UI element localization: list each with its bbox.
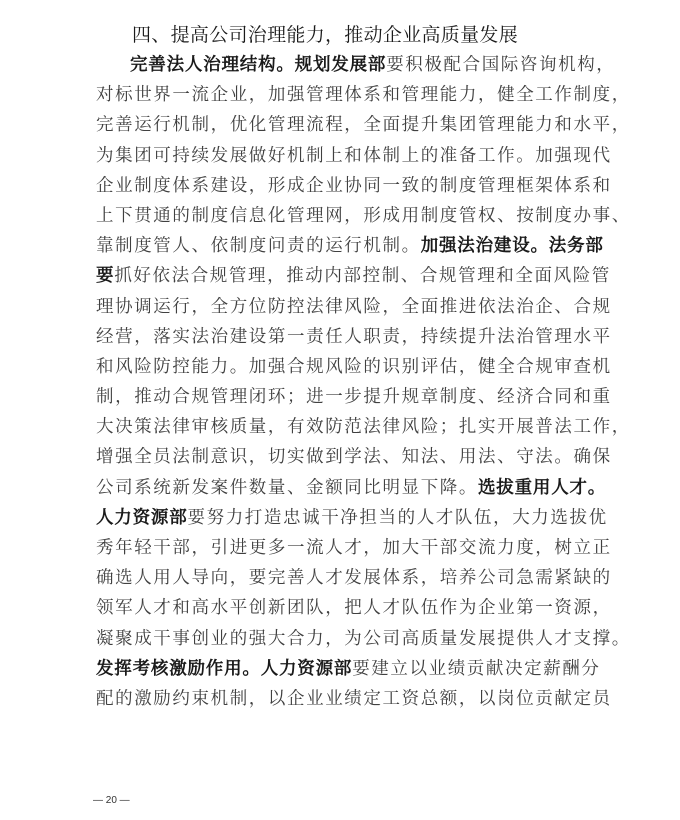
text-run: 领军人才和高水平创新团队，把人才队伍作为企业第一资源， bbox=[96, 598, 612, 618]
text-run: 企业制度体系建设，形成企业协同一致的制度管理框架体系和 bbox=[96, 176, 612, 196]
text-run: 增强全员法制意识，切实做到学法、知法、用法、守法。确保 bbox=[96, 447, 612, 467]
text-line: 发挥考核激励作用。人力资源部要建立以业绩贡献决定薪酬分 bbox=[96, 654, 592, 684]
text-run: 制，推动合规管理闭环；进一步提升规章制度、经济合同和重 bbox=[96, 387, 612, 407]
page-number: — 20 — bbox=[93, 795, 130, 806]
text-line: 企业制度体系建设，形成企业协同一致的制度管理框架体系和 bbox=[96, 171, 592, 201]
text-line: 配的激励约束机制，以企业业绩定工资总额，以岗位贡献定员 bbox=[96, 684, 592, 714]
text-run: 凝聚成干事创业的强大合力，为公司高质量发展提供人才支撑。 bbox=[96, 629, 631, 649]
text-line: 增强全员法制意识，切实做到学法、知法、用法、守法。确保 bbox=[96, 442, 592, 472]
text-run: 大决策法律审核质量，有效防范法律风险；扎实开展普法工作， bbox=[96, 417, 631, 437]
text-line: 上下贯通的制度信息化管理网，形成用制度管权、按制度办事、 bbox=[96, 201, 592, 231]
text-line: 大决策法律审核质量，有效防范法律风险；扎实开展普法工作， bbox=[96, 412, 592, 442]
body-paragraph: 完善法人治理结构。规划发展部要积极配合国际咨询机构，对标世界一流企业，加强管理体… bbox=[96, 50, 596, 714]
text-run: 为集团可持续发展做好机制上和体制上的准备工作。加强现代 bbox=[96, 146, 612, 166]
text-run: 经营，落实法治建设第一责任人职责，持续提升法治管理水平 bbox=[96, 327, 612, 347]
text-run: 靠制度管人、依制度问责的运行机制。 bbox=[96, 236, 421, 256]
text-run: 对标世界一流企业，加强管理体系和管理能力，健全工作制度， bbox=[96, 85, 631, 105]
text-line: 靠制度管人、依制度问责的运行机制。加强法治建设。法务部 bbox=[96, 231, 592, 261]
text-line: 人力资源部要努力打造忠诚干净担当的人才队伍，大力选拔优 bbox=[96, 503, 592, 533]
text-run: 完善运行机制，优化管理流程，全面提升集团管理能力和水平， bbox=[96, 115, 631, 135]
text-line: 公司系统新发案件数量、金额同比明显下降。选拔重用人才。 bbox=[96, 473, 592, 503]
text-line: 对标世界一流企业，加强管理体系和管理能力，健全工作制度， bbox=[96, 80, 592, 110]
text-line: 领军人才和高水平创新团队，把人才队伍作为企业第一资源， bbox=[96, 593, 592, 623]
text-run: 配的激励约束机制，以企业业绩定工资总额，以岗位贡献定员 bbox=[96, 689, 612, 709]
text-line: 和风险防控能力。加强合规风险的识别评估，健全合规审查机 bbox=[96, 352, 592, 382]
text-run: 要积极配合国际咨询机构， bbox=[386, 55, 615, 75]
text-run: 公司系统新发案件数量、金额同比明显下降。 bbox=[96, 478, 478, 498]
bold-phrase: 选拔重用人才。 bbox=[478, 478, 606, 498]
document-page: 四、提高公司治理能力，推动企业高质量发展 完善法人治理结构。规划发展部要积极配合… bbox=[0, 0, 680, 820]
bold-phrase: 加强法治建设。法务部 bbox=[421, 236, 604, 256]
text-line: 为集团可持续发展做好机制上和体制上的准备工作。加强现代 bbox=[96, 141, 592, 171]
text-line: 凝聚成干事创业的强大合力，为公司高质量发展提供人才支撑。 bbox=[96, 624, 592, 654]
text-line: 要抓好依法合规管理，推动内部控制、合规管理和全面风险管 bbox=[96, 261, 592, 291]
bold-phrase: 要 bbox=[96, 266, 114, 286]
text-run: 理协调运行，全方位防控法律风险，全面推进依法治企、合规 bbox=[96, 297, 612, 317]
bold-phrase: 发挥考核激励作用。人力资源部 bbox=[96, 659, 352, 679]
text-run: 上下贯通的制度信息化管理网，形成用制度管权、按制度办事、 bbox=[96, 206, 631, 226]
bold-phrase: 完善法人治理结构。规划发展部 bbox=[130, 55, 386, 75]
text-line: 理协调运行，全方位防控法律风险，全面推进依法治企、合规 bbox=[96, 292, 592, 322]
section-heading: 四、提高公司治理能力，推动企业高质量发展 bbox=[132, 20, 518, 47]
text-line: 完善运行机制，优化管理流程，全面提升集团管理能力和水平， bbox=[96, 110, 592, 140]
text-line: 确选人用人导向，要完善人才发展体系，培养公司急需紧缺的 bbox=[96, 563, 592, 593]
text-line: 完善法人治理结构。规划发展部要积极配合国际咨询机构， bbox=[96, 50, 592, 80]
text-line: 经营，落实法治建设第一责任人职责，持续提升法治管理水平 bbox=[96, 322, 592, 352]
bold-phrase: 人力资源部 bbox=[96, 508, 188, 528]
text-line: 秀年轻干部，引进更多一流人才，加大干部交流力度，树立正 bbox=[96, 533, 592, 563]
text-run: 和风险防控能力。加强合规风险的识别评估，健全合规审查机 bbox=[96, 357, 612, 377]
text-run: 要建立以业绩贡献决定薪酬分 bbox=[352, 659, 600, 679]
text-run: 抓好依法合规管理，推动内部控制、合规管理和全面风险管 bbox=[114, 266, 611, 286]
text-run: 要努力打造忠诚干净担当的人才队伍，大力选拔优 bbox=[188, 508, 608, 528]
text-run: 确选人用人导向，要完善人才发展体系，培养公司急需紧缺的 bbox=[96, 568, 612, 588]
text-run: 秀年轻干部，引进更多一流人才，加大干部交流力度，树立正 bbox=[96, 538, 612, 558]
text-line: 制，推动合规管理闭环；进一步提升规章制度、经济合同和重 bbox=[96, 382, 592, 412]
